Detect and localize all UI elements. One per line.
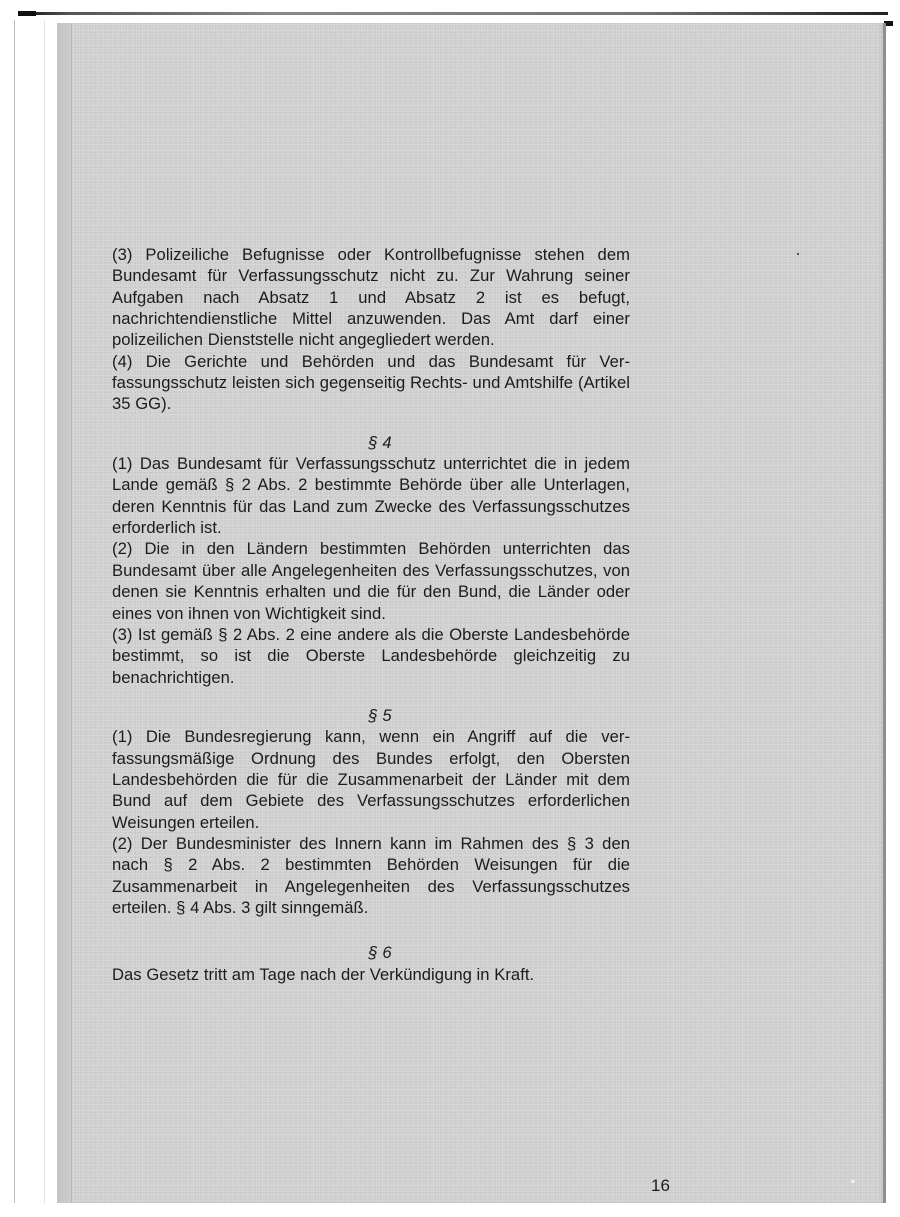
spacer: [112, 918, 630, 942]
scan-top-rule: [18, 12, 888, 15]
paragraph-4-3: (3) Ist gemäß § 2 Abs. 2 eine andere als…: [112, 624, 630, 688]
paragraph-6: Das Gesetz tritt am Tage nach der Verkün…: [112, 964, 630, 985]
section-heading-4: § 4: [112, 432, 630, 453]
scan-top-rule-mark: [18, 11, 36, 16]
paragraph-4-1: (1) Das Bundesamt für Verfassungsschutz …: [112, 453, 630, 538]
paragraph-5-1: (1) Die Bundesregierung kann, wenn ein A…: [112, 726, 630, 833]
scan-edge-line: [44, 20, 45, 1203]
section-heading-5: § 5: [112, 705, 630, 726]
scan-edge-line: [14, 20, 15, 1203]
paragraph-5-2: (2) Der Bundesminister des Innern kann i…: [112, 833, 630, 918]
page-number: 16: [651, 1176, 670, 1196]
scan-speck: [797, 253, 799, 255]
page-binding-edge: [57, 23, 72, 1203]
paragraph-4-2: (2) Die in den Ländern bestimmten Behörd…: [112, 538, 630, 623]
section-heading-6: § 6: [112, 942, 630, 963]
paragraph-3-4: (4) Die Gerichte und Behörden und das Bu…: [112, 351, 630, 415]
paragraph-3-3: (3) Polizeiliche Befugnisse oder Kontrol…: [112, 244, 630, 351]
spacer: [112, 415, 630, 432]
law-text: (3) Polizeiliche Befugnisse oder Kontrol…: [112, 244, 630, 985]
page-right-edge: [883, 23, 886, 1203]
spacer: [112, 688, 630, 705]
scan-speck: [851, 1180, 855, 1183]
